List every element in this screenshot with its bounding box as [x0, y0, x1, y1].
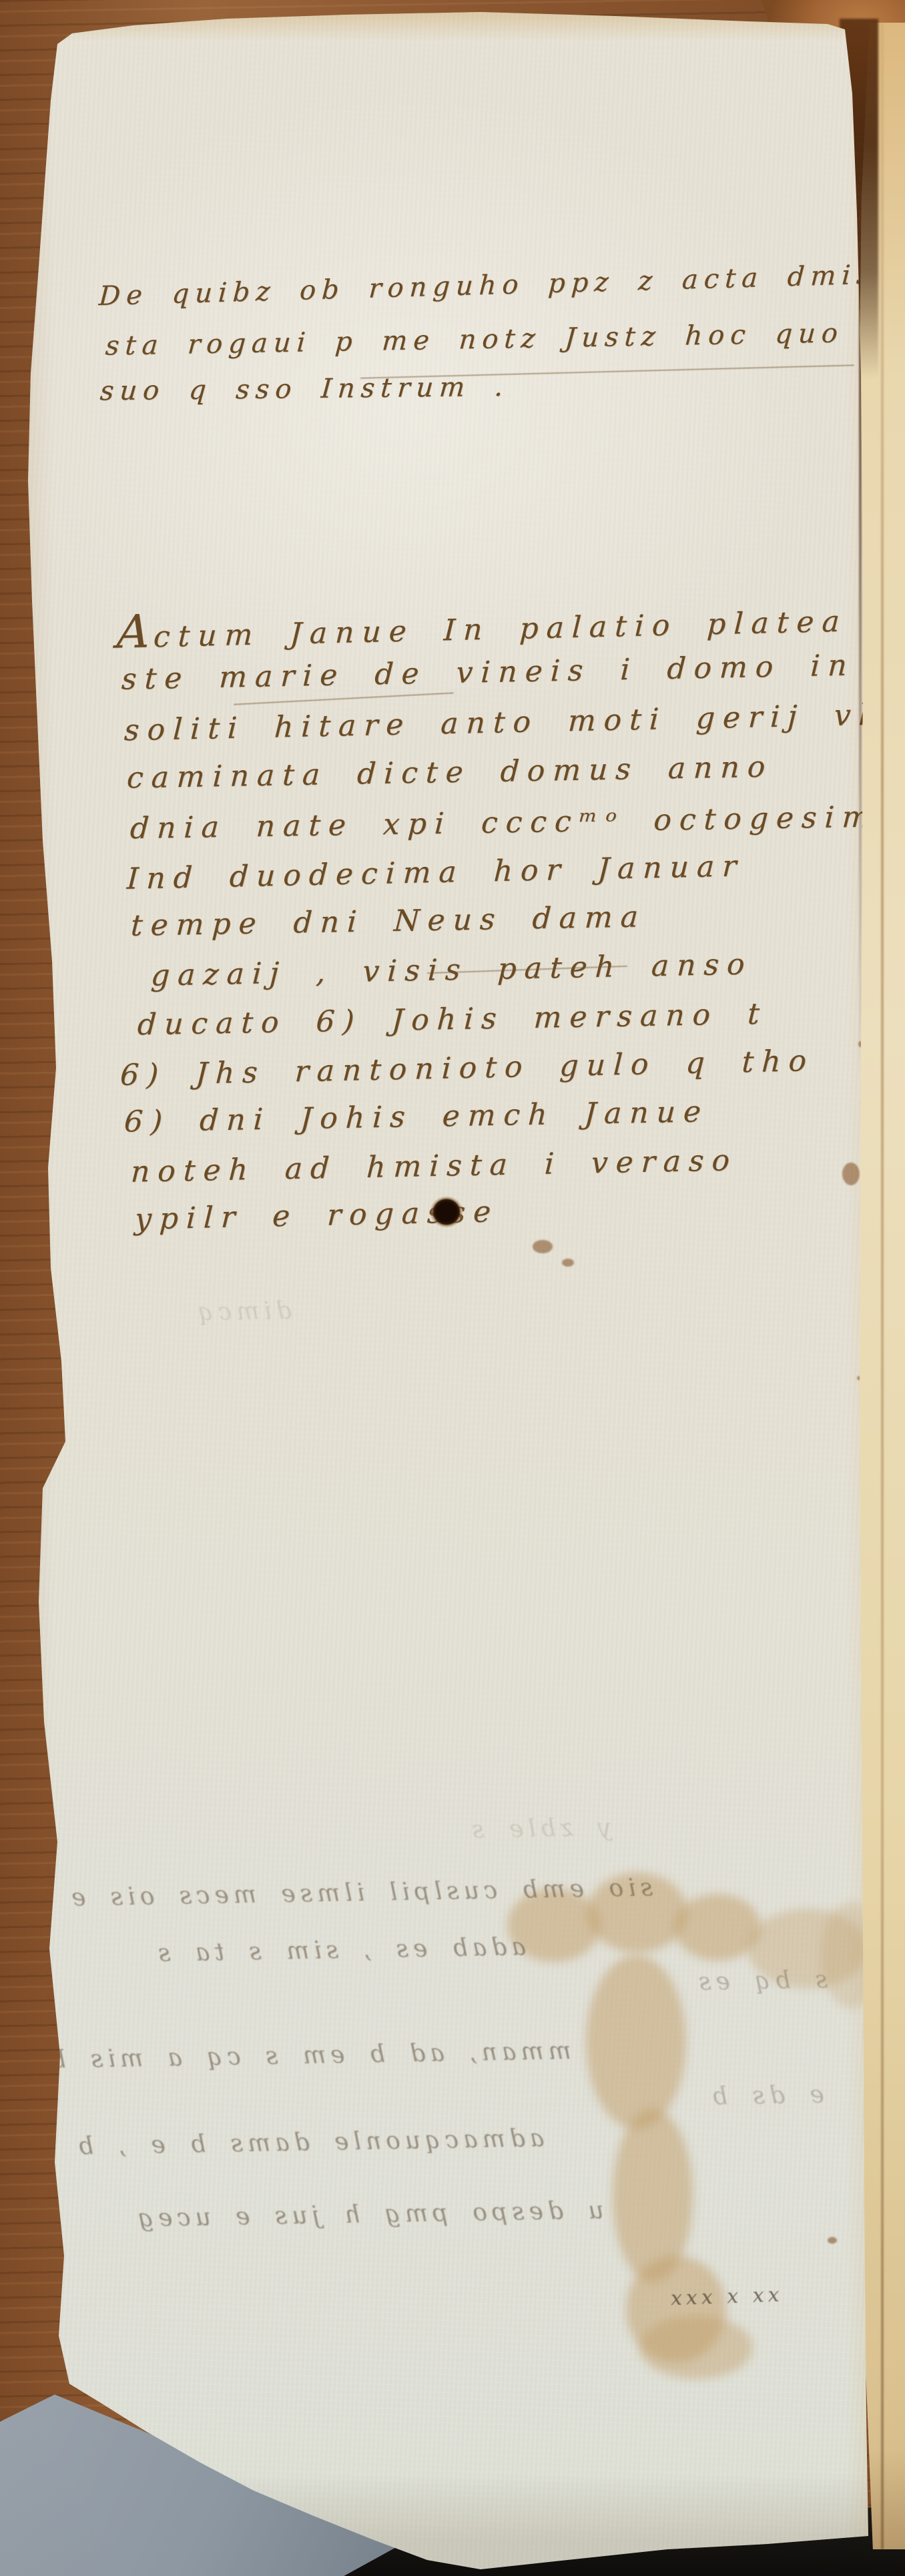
bleedthrough-line: adab es , sim s ta s [154, 1933, 527, 1967]
bleedthrough-line: admacquonle dams b e , b [73, 2125, 545, 2160]
bleedthrough-line: dimcq [194, 1297, 292, 1327]
bleedthrough-line: mman, ad b em s cq a mis ba [27, 2037, 571, 2074]
second-page-crease [881, 23, 884, 2549]
bleedthrough-line: e ds b [707, 2081, 824, 2110]
note-line: De quibz ob ronguho ppz z acta dmista [98, 258, 905, 312]
bleedthrough-x-marks: xxx x xx [670, 2283, 784, 2310]
act-line: noteh ad hmista i veraso [130, 1143, 739, 1189]
bleedthrough-line: s bq es [694, 1966, 828, 1995]
note-line: sta rogaui p me notz Justz hoc quo [104, 318, 844, 361]
bleedthrough-line: u despo pmg h jus e uceg [133, 2197, 604, 2232]
manuscript-photo: De quibz ob ronguho ppz z acta dmista st… [0, 0, 905, 2576]
stray-pen-stroke [234, 692, 454, 705]
act-line: gazaij , visis pateh anso [150, 947, 753, 992]
act-line: ducato 6) Johis mersano t [137, 997, 768, 1042]
act-line: caminata dicte domus anno [126, 750, 774, 795]
act-line: Actum Janue In palatio platea [115, 590, 849, 659]
manuscript-page: De quibz ob ronguho ppz z acta dmista st… [0, 0, 905, 2576]
act-line: 6) dni Johis emch Janue [123, 1094, 710, 1139]
act-line: dnia nate xpi ccccᵐᵒ octogesimo [129, 799, 905, 846]
edge-speck [828, 2237, 837, 2244]
ink-fleck [842, 1163, 860, 1185]
note-line: suo q sso Instrum . [99, 372, 510, 406]
act-line: 6) Jhs rantonioto gulo q tho [119, 1044, 816, 1092]
bleedthrough-line: y zble s [467, 1814, 612, 1844]
ink-fleck [533, 1240, 553, 1253]
act-line: Ind duodecima hor Januar [126, 849, 745, 896]
ink-fleck [562, 1259, 574, 1267]
act-line: tempe dni Neus dama [130, 900, 647, 943]
